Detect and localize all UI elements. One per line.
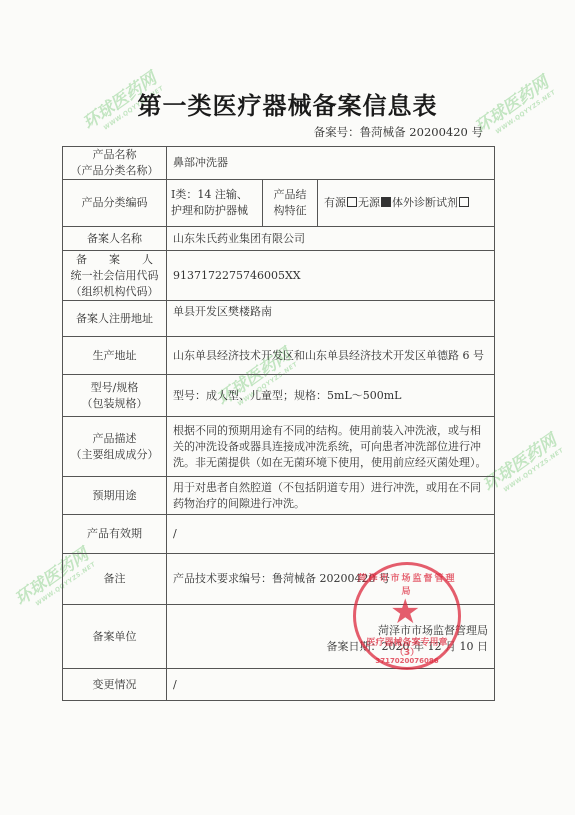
record-number: 备案号：鲁菏械备 20200420 号	[314, 124, 483, 140]
row-label-model-spec: 型号/规格 （包装规格）	[63, 375, 167, 417]
row-value-validity: /	[167, 515, 495, 554]
structure-option-active-label: 有源	[324, 196, 346, 209]
issuer-name: 菏泽市市场监督管理局	[327, 623, 488, 639]
table-row: 备案单位 菏泽市市场监督管理局 备案日期：2020 年 12 月 10 日	[63, 605, 495, 669]
row-label-remarks: 备注	[63, 554, 167, 605]
table-row: 产品有效期 /	[63, 515, 495, 554]
row-value-classification-code: Ⅰ类：14 注输、护理和防护器械	[167, 180, 263, 227]
table-row: 预期用途 用于对患者自然腔道（不包括阴道专用）进行冲洗，或用在不同药物治疗的间隙…	[63, 477, 495, 515]
row-value-product-name: 鼻部冲洗器	[167, 147, 495, 180]
row-value-intended-use: 用于对患者自然腔道（不包括阴道专用）进行冲洗，或用在不同药物治疗的间隙进行冲洗。	[167, 477, 495, 515]
row-label-filing-unit: 备案单位	[63, 605, 167, 669]
table-row: 备注 产品技术要求编号：鲁菏械备 20200420 号	[63, 554, 495, 605]
record-info-table: 产品名称 （产品分类名称） 鼻部冲洗器 产品分类编码 Ⅰ类：14 注输、护理和防…	[62, 146, 495, 701]
table-row: 生产地址 山东单县经济技术开发区和山东单县经济技术开发区单德路 6 号	[63, 337, 495, 375]
row-value-production-address: 山东单县经济技术开发区和山东单县经济技术开发区单德路 6 号	[167, 337, 495, 375]
row-value-structure: 有源无源体外诊断试剂	[318, 180, 495, 227]
table-row: 型号/规格 （包装规格） 型号：成人型、儿童型；规格：5mL～500mL	[63, 375, 495, 417]
row-label-intended-use: 预期用途	[63, 477, 167, 515]
row-label-structure: 产品结构特征	[263, 180, 318, 227]
row-label-production-address: 生产地址	[63, 337, 167, 375]
row-value-model-spec: 型号：成人型、儿童型；规格：5mL～500mL	[167, 375, 495, 417]
row-value-registrant-name: 山东朱氏药业集团有限公司	[167, 227, 495, 251]
checkbox-passive-checked-icon	[381, 197, 391, 207]
row-label-validity: 产品有效期	[63, 515, 167, 554]
page-title: 第一类医疗器械备案信息表	[0, 86, 575, 121]
checkbox-ivd-icon	[459, 197, 469, 207]
row-label-description: 产品描述 （主要组成成分）	[63, 417, 167, 477]
row-label-classification-code: 产品分类编码	[63, 180, 167, 227]
row-label-registrant-name: 备案人名称	[63, 227, 167, 251]
checkbox-active-icon	[347, 197, 357, 207]
row-value-remarks: 产品技术要求编号：鲁菏械备 20200420 号	[167, 554, 495, 605]
structure-option-passive-label: 无源	[358, 196, 380, 209]
row-value-credit-code: 9137172275746005XX	[167, 251, 495, 301]
row-label-product-name: 产品名称 （产品分类名称）	[63, 147, 167, 180]
table-row: 产品描述 （主要组成成分） 根据不同的预期用途有不同的结构。使用前装入冲洗液，或…	[63, 417, 495, 477]
table-row: 备案人注册地址 单县开发区樊楼路南	[63, 301, 495, 337]
row-value-registered-address: 单县开发区樊楼路南	[167, 301, 495, 337]
filing-date: 备案日期：2020 年 12 月 10 日	[327, 639, 488, 655]
row-value-description: 根据不同的预期用途有不同的结构。使用前装入冲洗液，或与相关的冲洗设备或器具连接成…	[167, 417, 495, 477]
table-row: 产品分类编码 Ⅰ类：14 注输、护理和防护器械 产品结构特征 有源无源体外诊断试…	[63, 180, 495, 227]
table-row: 产品名称 （产品分类名称） 鼻部冲洗器	[63, 147, 495, 180]
row-label-registered-address: 备案人注册地址	[63, 301, 167, 337]
table-row: 备 案 人 统一社会信用代码 （组织机构代码） 9137172275746005…	[63, 251, 495, 301]
structure-option-ivd-label: 体外诊断试剂	[392, 196, 458, 209]
table-row: 变更情况 /	[63, 669, 495, 701]
row-value-changes: /	[167, 669, 495, 701]
row-label-changes: 变更情况	[63, 669, 167, 701]
table-row: 备案人名称 山东朱氏药业集团有限公司	[63, 227, 495, 251]
row-value-filing-unit: 菏泽市市场监督管理局 备案日期：2020 年 12 月 10 日	[167, 605, 495, 669]
row-label-credit-code: 备 案 人 统一社会信用代码 （组织机构代码）	[63, 251, 167, 301]
